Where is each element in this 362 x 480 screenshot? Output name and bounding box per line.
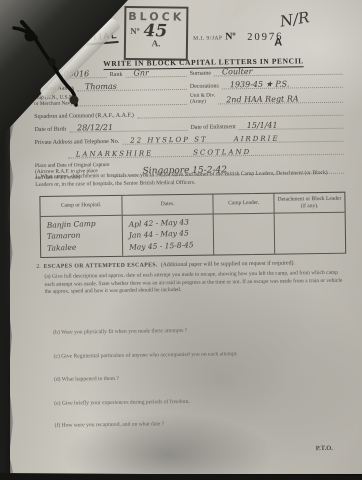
enlistment-field: 15/1/41 bbox=[239, 119, 344, 130]
question-c: (c) Give Regimental particulars of anyon… bbox=[54, 350, 334, 360]
question-a: (a) Give full description and approx. da… bbox=[44, 270, 344, 297]
scanned-pow-questionnaire: CONFIDENTIAL BLOCK Nº 45 A. M.I. 9/JAP N… bbox=[0, 0, 362, 480]
block-no-label: Nº bbox=[130, 26, 140, 36]
question-f: (f) How were you recaptured, and on what… bbox=[55, 419, 335, 429]
letter-a-stamp: A bbox=[274, 37, 282, 49]
escapes-heading: ESCAPES OR ATTEMPTED ESCAPES. bbox=[44, 262, 158, 270]
squadron-field bbox=[137, 106, 344, 119]
enlistment-label: Date of Enlistment bbox=[190, 124, 235, 131]
camp-entry: Takalee bbox=[47, 239, 122, 253]
col-header-dates: Dates. bbox=[122, 195, 213, 216]
treasury-tag-string-icon bbox=[0, 0, 130, 140]
surname-label: Surname bbox=[190, 71, 211, 77]
col-header-block-leader: Detachment or Block Leader (if any). bbox=[274, 193, 344, 214]
camp-leader-cell bbox=[214, 214, 275, 255]
address-label: Private Address and Telephone No. bbox=[35, 139, 120, 146]
unit-div-value: 2nd HAA Regt RA bbox=[226, 94, 299, 104]
decorations-value: 1939-45 ★ P.S. bbox=[230, 79, 290, 89]
col-header-camp-leader: Camp Leader. bbox=[214, 194, 275, 215]
surname-field: Coulter bbox=[214, 65, 343, 77]
pencil-annotation: N/R bbox=[279, 8, 311, 30]
block-number-stamp: BLOCK Nº 45 A. bbox=[124, 6, 189, 61]
serial-no-label: Nº bbox=[225, 31, 236, 42]
address-value-line2: LANARKSHIRESCOTLAND bbox=[76, 148, 252, 158]
field-row: LANARKSHIRESCOTLAND bbox=[35, 145, 347, 159]
section1-instructions: 1. What camps, detachments or hospitals … bbox=[35, 170, 345, 189]
block-stamp-word: BLOCK bbox=[126, 10, 186, 24]
unit-div-label: Unit & Div.(Army) bbox=[190, 92, 215, 105]
section2-heading: 2. ESCAPES OR ATTEMPTED ESCAPES. (Additi… bbox=[36, 260, 346, 270]
question-e: (e) Give briefly your experiences during… bbox=[54, 397, 334, 407]
camps-table: Camp or Hospital. Dates. Camp Leader. De… bbox=[39, 192, 346, 258]
surname-value: Coulter bbox=[222, 67, 253, 76]
form-reference: M.I. 9/JAP bbox=[193, 35, 222, 41]
dates-cell: Apl 42 - May 43 Jan 44 - May 45 May 45 -… bbox=[123, 215, 215, 256]
address-value: 22 HYSLOP STAIRDRIE bbox=[130, 135, 279, 145]
question-b: (b) Were you physically fit when you mad… bbox=[53, 326, 333, 336]
rank-value: Gnr bbox=[133, 68, 148, 77]
camp-names-cell: Banjin Camp Tamaron Takalee bbox=[41, 216, 124, 257]
address-field: 22 HYSLOP STAIRDRIE bbox=[122, 132, 343, 145]
pto-footnote: P.T.O. bbox=[316, 445, 333, 452]
question-d: (d) What happened to them ? bbox=[54, 373, 334, 383]
col-header-camp: Camp or Hospital. bbox=[40, 196, 122, 217]
decorations-field: 1939-45 ★ P.S. bbox=[222, 78, 343, 90]
address-field-line2: LANARKSHIRESCOTLAND bbox=[68, 145, 344, 159]
rank-field: Gnr bbox=[125, 67, 186, 78]
block-leader-cell bbox=[275, 213, 345, 254]
enlistment-value: 15/1/41 bbox=[247, 121, 278, 130]
unit-div-field: 2nd HAA Regt RA bbox=[218, 93, 343, 105]
decorations-label: Decorations bbox=[190, 83, 219, 89]
block-letter: A. bbox=[126, 38, 186, 49]
